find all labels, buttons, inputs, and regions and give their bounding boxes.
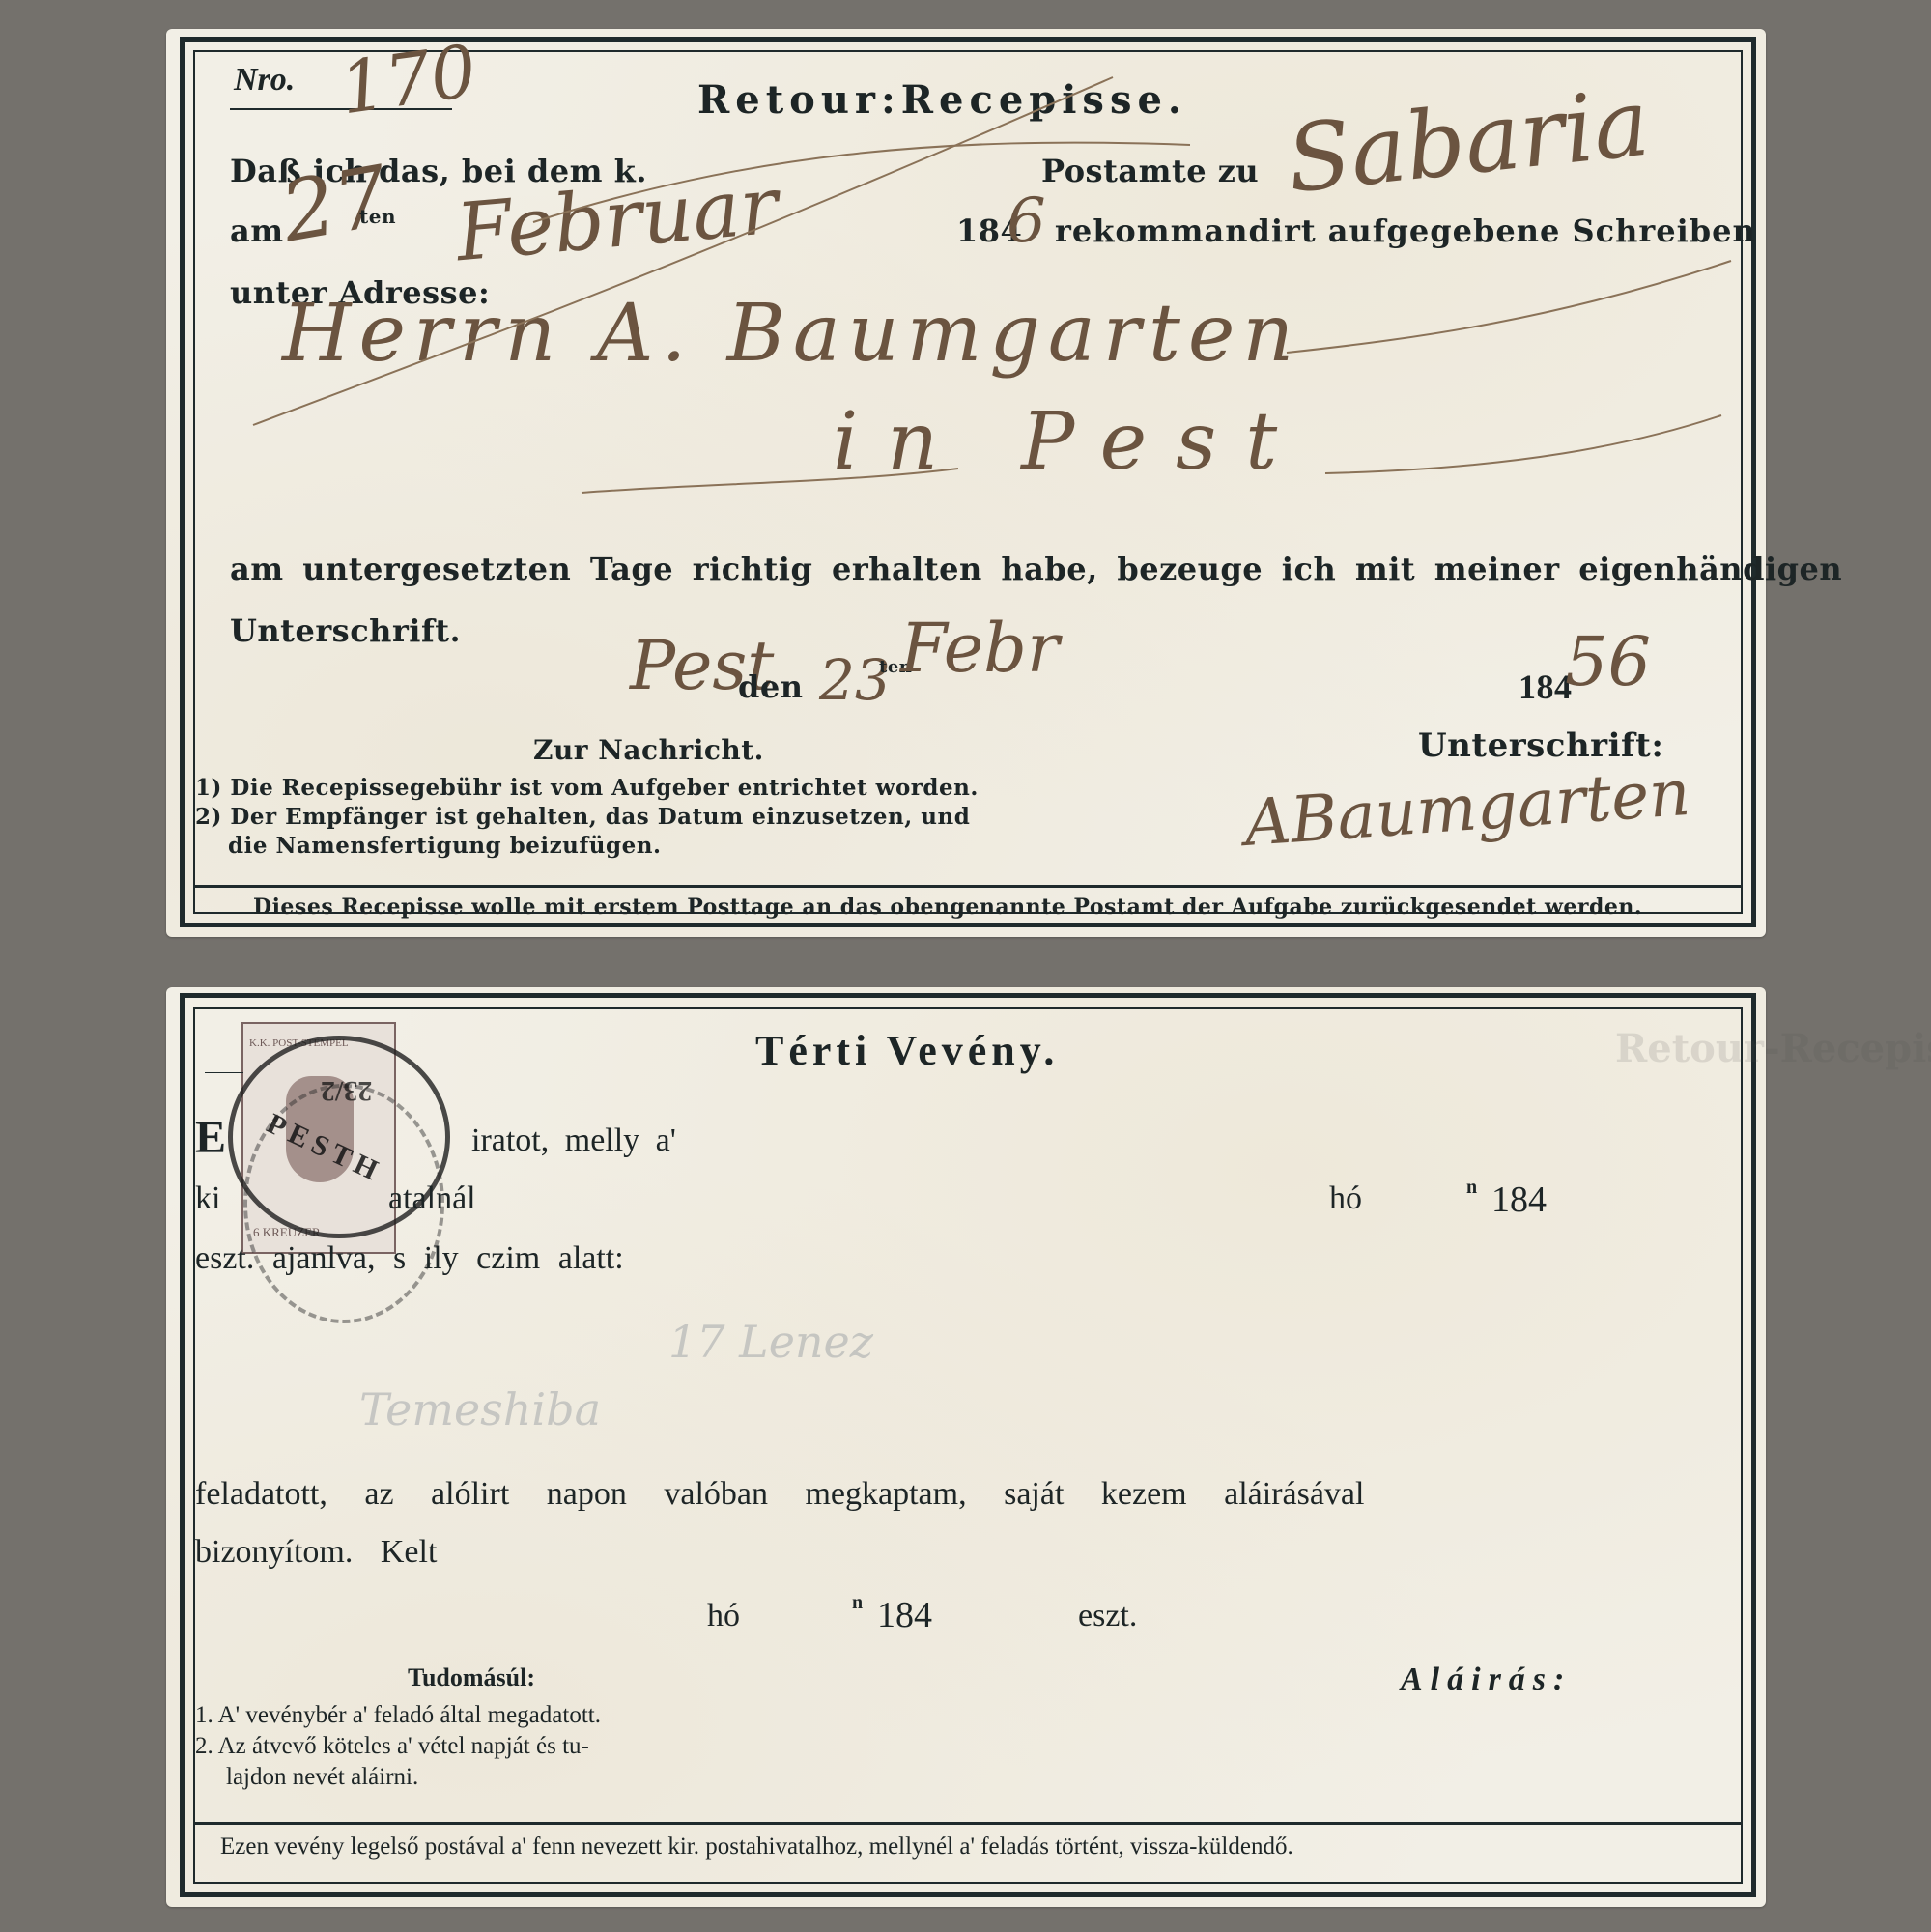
date-year: 184: [877, 1594, 932, 1636]
handwritten-flourish: [166, 29, 1766, 570]
line2-prefix: ki: [195, 1180, 220, 1217]
notice-item-2: 2. Az átvevő köteles a' vétel napját és …: [195, 1733, 589, 1760]
body-line2: bizonyítom. Kelt: [195, 1534, 437, 1571]
notice-item-3: die Namensfertigung beizufügen.: [228, 833, 661, 859]
postmark-date: 23/2: [321, 1074, 372, 1107]
nro-underline: [205, 1072, 243, 1073]
footer-rule: [195, 885, 1741, 888]
date-ho: hó: [707, 1598, 740, 1634]
line2-mid: atalnál: [388, 1180, 476, 1217]
line3-text: eszt. ajanlva, s ily czim alatt:: [195, 1240, 624, 1277]
pencil-note-2: 17 Lenez: [668, 1316, 873, 1368]
notice-title: Tudomásúl:: [408, 1663, 535, 1692]
footer-text: Dieses Recepisse wolle mit erstem Postta…: [253, 895, 1642, 920]
date-eszt: eszt.: [1078, 1598, 1137, 1634]
footer-text: Ezen vevény legelső postával a' fenn nev…: [220, 1833, 1293, 1861]
document-title: Térti Vevény.: [755, 1026, 1059, 1075]
notice-item-1: 1. A' vevénybér a' feladó által megadato…: [195, 1702, 601, 1729]
pencil-note-1: Temeshiba: [359, 1383, 601, 1435]
body-line1: am untergesetzten Tage richtig erhalten …: [230, 551, 1842, 587]
notice-title: Zur Nachricht.: [533, 734, 764, 766]
receipt-month-handwritten: Febr: [900, 609, 1059, 688]
footer-rule: [195, 1822, 1741, 1825]
receipt-year-handwritten: 56: [1565, 622, 1651, 701]
show-through-text: Retour-Recepisse.: [1615, 1026, 1931, 1071]
den-label: den: [738, 668, 804, 705]
notice-item-2: 2) Der Empfänger ist gehalten, das Datum…: [195, 804, 970, 830]
line1-text: iratot, melly a': [471, 1122, 676, 1159]
date-n: n: [852, 1592, 863, 1614]
terti-veveny-card: Retour-Recepisse. Térti Vevény. K.K. POS…: [166, 987, 1766, 1907]
line2-year: 184: [1491, 1179, 1547, 1221]
notice-item-1: 1) Die Recepissegebühr ist vom Aufgeber …: [195, 775, 979, 801]
line2-n: n: [1466, 1177, 1477, 1199]
body-line1: feladatott, az alólirt napon valóban meg…: [195, 1476, 1364, 1513]
signature-label: Aláirás:: [1401, 1662, 1572, 1698]
retour-recepisse-card: Nro. 170 Retour:Recepisse. Daß ich das, …: [166, 29, 1766, 937]
notice-item-3: lajdon nevét aláirni.: [226, 1764, 418, 1791]
body-line2: Unterschrift.: [230, 612, 461, 649]
line2-ho: hó: [1329, 1180, 1362, 1217]
line1-initial: E: [195, 1111, 226, 1164]
